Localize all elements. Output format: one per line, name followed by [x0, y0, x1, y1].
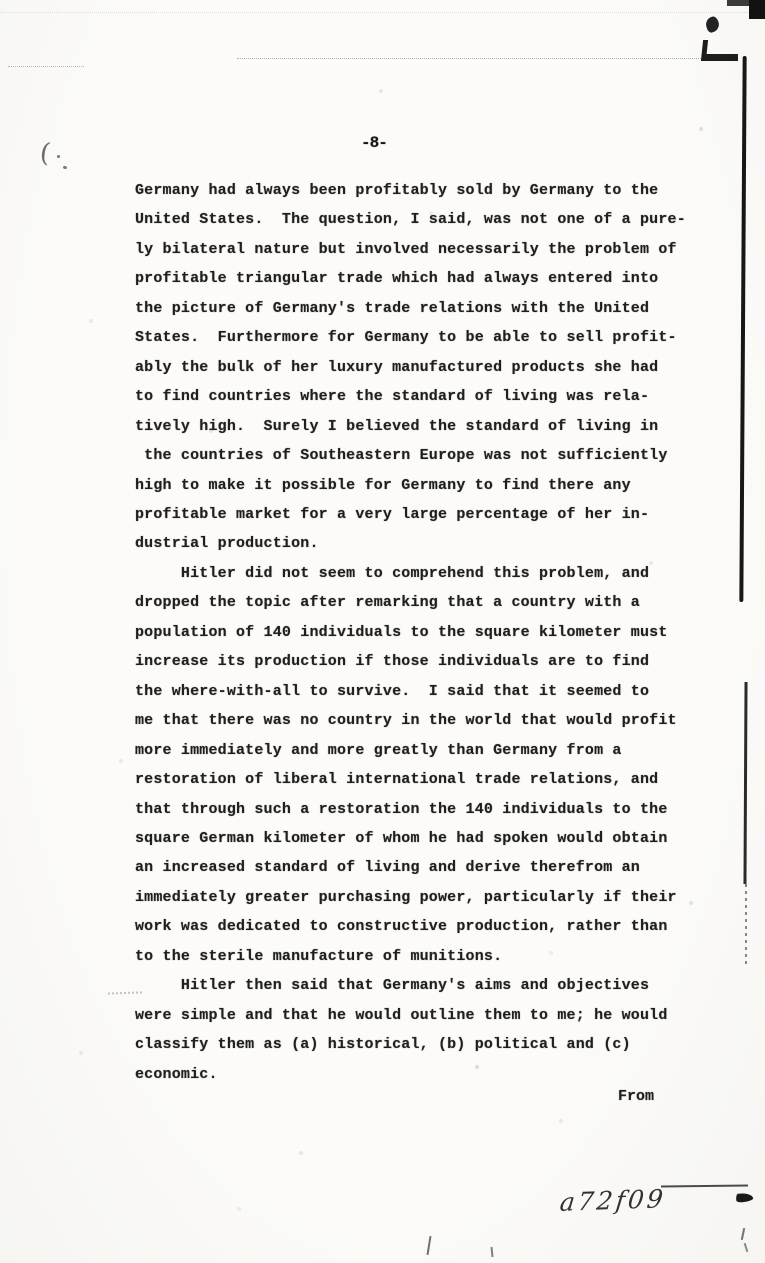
ink-blob — [704, 15, 721, 33]
scan-edge-line-faint — [745, 884, 747, 966]
typed-line: an increased standard of living and deri… — [135, 853, 686, 882]
typed-line: the countries of Southeastern Europe was… — [135, 441, 686, 470]
scan-edge-line — [739, 56, 746, 602]
typed-line: United States. The question, I said, was… — [135, 205, 686, 234]
typed-line: classify them as (a) historical, (b) pol… — [135, 1030, 686, 1059]
catchword-from: From — [618, 1088, 654, 1105]
typed-line: profitable market for a very large perce… — [135, 500, 686, 529]
typed-line: the picture of Germany's trade relations… — [135, 294, 686, 323]
typed-line: that through such a restoration the 140 … — [135, 795, 686, 824]
typed-line: immediately greater purchasing power, pa… — [135, 883, 686, 912]
typed-line: States. Furthermore for Germany to be ab… — [135, 323, 686, 352]
page-number: -8- — [361, 134, 387, 152]
typed-line: increase its production if those individ… — [135, 647, 686, 676]
typed-line: Germany had always been profitably sold … — [135, 176, 686, 205]
typed-line: tively high. Surely I believed the stand… — [135, 412, 686, 441]
typed-line: to the sterile manufacture of munitions. — [135, 942, 686, 971]
typed-line: profitable triangular trade which had al… — [135, 264, 686, 293]
scanned-document-page: ( -8- Germany had always been profitably… — [0, 0, 765, 1263]
bottom-stray-stroke — [427, 1236, 432, 1255]
typed-line: ly bilateral nature but involved necessa… — [135, 235, 686, 264]
dotted-rule-left — [8, 66, 84, 67]
typed-line: me that there was no country in the worl… — [135, 706, 686, 735]
bottom-tick-mark — [744, 1243, 749, 1252]
bottom-stray-stroke — [490, 1247, 493, 1257]
typed-line: dropped the topic after remarking that a… — [135, 588, 686, 617]
paper-speckles — [0, 0, 2, 2]
margin-dot — [57, 155, 60, 158]
typed-line: to find countries where the standard of … — [135, 382, 686, 411]
typed-line: work was dedicated to constructive produ… — [135, 912, 686, 941]
typed-line: population of 140 individuals to the squ… — [135, 618, 686, 647]
typed-line: dustrial production. — [135, 529, 686, 558]
corner-black-mark — [749, 0, 765, 19]
dotted-rule-top — [237, 58, 723, 59]
bottom-ink-blob — [736, 1192, 754, 1203]
typed-line: high to make it possible for Germany to … — [135, 471, 686, 500]
typed-line: restoration of liberal international tra… — [135, 765, 686, 794]
bracket-horizontal — [702, 54, 738, 61]
handwritten-archive-code: a72f09 — [559, 1184, 668, 1217]
corner-bracket-mark — [702, 40, 738, 61]
pencil-margin-mark: ( — [40, 140, 74, 180]
typed-lines: Germany had always been profitably sold … — [135, 176, 686, 1089]
typed-line: more immediately and more greatly than G… — [135, 736, 686, 765]
typed-line: Hitler then said that Germany's aims and… — [135, 971, 686, 1000]
typed-line: were simple and that he would outline th… — [135, 1001, 686, 1030]
scan-edge-line — [743, 682, 747, 884]
typed-line: Hitler did not seem to comprehend this p… — [135, 559, 686, 588]
scan-noise-line — [0, 12, 765, 13]
bottom-rule — [661, 1185, 748, 1188]
typed-line: ably the bulk of her luxury manufactured… — [135, 353, 686, 382]
typed-line: economic. — [135, 1060, 686, 1089]
bottom-tick-mark — [741, 1228, 745, 1240]
typed-line: square German kilometer of whom he had s… — [135, 824, 686, 853]
typed-line: the where-with-all to survive. I said th… — [135, 677, 686, 706]
